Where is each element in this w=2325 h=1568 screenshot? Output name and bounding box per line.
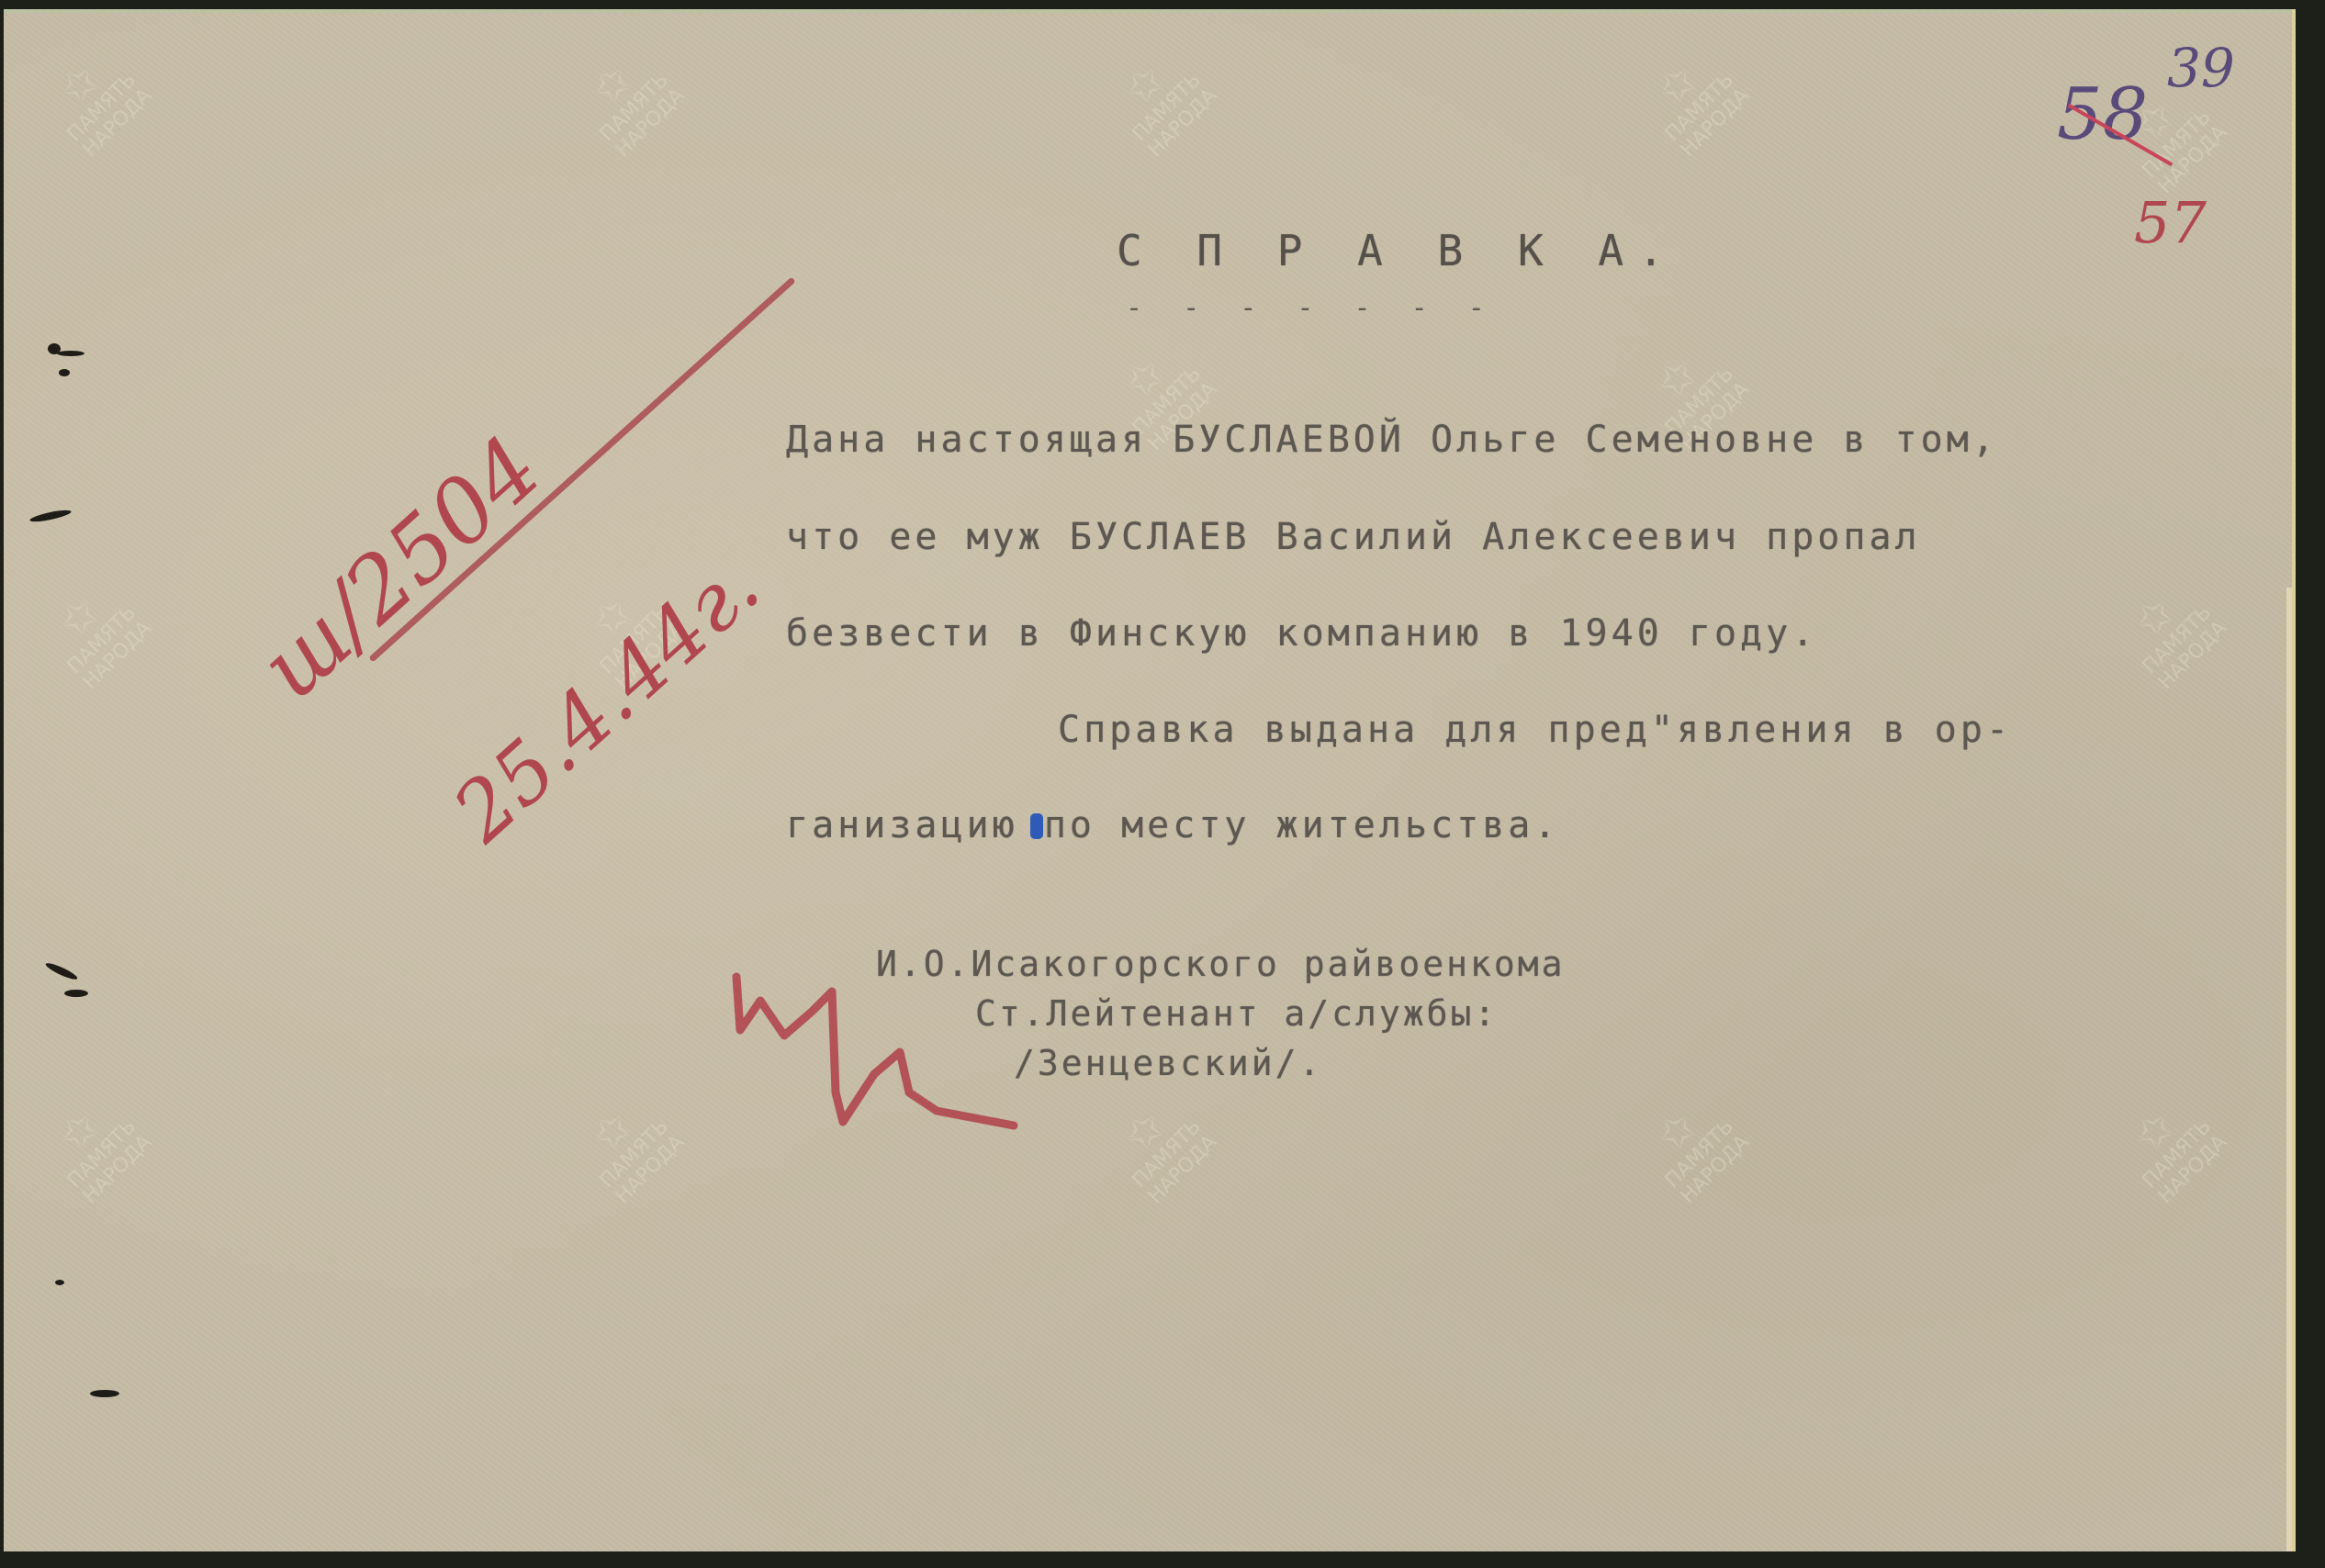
title-underline: - - - - - - - — [1126, 292, 1497, 324]
watermark: ✩ПАМЯТЬНАРОДА — [8, 1060, 229, 1281]
case-date-annotation: 25.4.44г. — [435, 539, 777, 860]
star-icon: ✩ — [541, 1060, 682, 1202]
sheet-number-superscript: 39 — [2167, 37, 2235, 99]
binding-hole — [44, 960, 79, 981]
signature-scrawl — [720, 964, 1032, 1148]
scanned-document: ✩ПАМЯТЬНАРОДА ✩ПАМЯТЬНАРОДА ✩ПАМЯТЬНАРОД… — [0, 0, 2325, 1568]
paper-edge — [2286, 588, 2292, 1551]
body-line: безвести в Финскую компанию в 1940 году. — [786, 612, 1817, 655]
star-icon: ✩ — [8, 546, 150, 688]
signatory-name: /Зенцевский/. — [1014, 1043, 1322, 1083]
body-line: Справка выдана для пред"явления в ор- — [1058, 709, 2012, 751]
star-icon: ✩ — [541, 14, 682, 155]
watermark: ✩ПАМЯТЬНАРОДА — [2084, 546, 2296, 767]
watermark: ✩ПАМЯТЬНАРОДА — [541, 14, 761, 234]
star-icon: ✩ — [8, 1060, 150, 1202]
binding-hole — [55, 1280, 64, 1285]
watermark: ✩ПАМЯТЬНАРОДА — [2084, 1060, 2296, 1281]
star-icon: ✩ — [2084, 1060, 2225, 1202]
star-icon: ✩ — [1606, 1060, 1747, 1202]
binding-hole — [59, 369, 70, 376]
watermark: ✩ПАМЯТЬНАРОДА — [8, 14, 229, 234]
body-line: Дана настоящая БУСЛАЕВОЙ Ольге Семеновне… — [786, 419, 1998, 461]
watermark: ✩ПАМЯТЬНАРОДА — [1606, 1060, 1826, 1281]
watermark: ✩ПАМЯТЬНАРОДА — [1073, 1060, 1294, 1281]
binding-hole — [90, 1390, 119, 1397]
binding-hole — [64, 990, 88, 997]
document-title: С П Р А В К А. — [1117, 226, 1679, 275]
signatory-rank: Ст.Лейтенант а/службы: — [975, 993, 1498, 1034]
watermark: ✩ПАМЯТЬНАРОДА — [8, 546, 229, 767]
star-icon: ✩ — [8, 14, 150, 155]
star-icon: ✩ — [1606, 14, 1747, 155]
star-icon: ✩ — [1073, 14, 1215, 155]
star-icon: ✩ — [2084, 546, 2225, 688]
watermark: ✩ПАМЯТЬНАРОДА — [1073, 308, 1294, 528]
blue-ink-mark — [1030, 813, 1043, 839]
watermark: ✩ПАМЯТЬНАРОДА — [1606, 14, 1826, 234]
sheet-number-new: 57 — [2134, 189, 2207, 256]
body-line: что ее муж БУСЛАЕВ Василий Алексеевич пр… — [786, 516, 1921, 558]
body-line: ганизацию по месту жительства. — [786, 804, 1559, 846]
binding-hole — [57, 351, 84, 356]
case-number-annotation: ш/2504 — [241, 417, 560, 719]
watermark: ✩ПАМЯТЬНАРОДА — [1073, 14, 1294, 234]
paper-sheet: ✩ПАМЯТЬНАРОДА ✩ПАМЯТЬНАРОДА ✩ПАМЯТЬНАРОД… — [4, 9, 2296, 1551]
watermark: ✩ПАМЯТЬНАРОДА — [1606, 308, 1826, 528]
binding-hole — [29, 508, 73, 523]
